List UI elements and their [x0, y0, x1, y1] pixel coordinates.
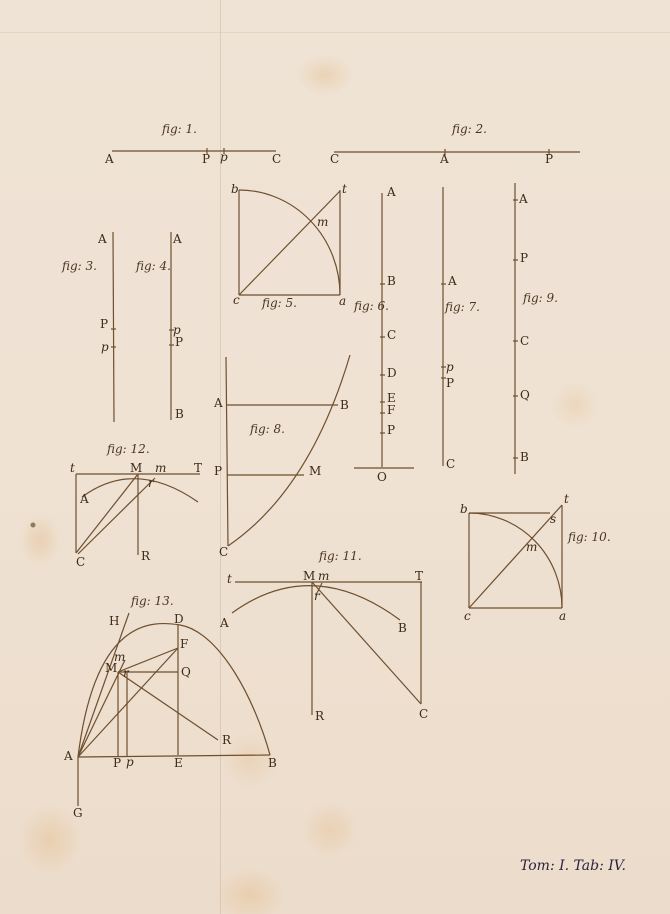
fig10-label-a: a [559, 609, 566, 623]
fig3-caption: fig: 3. [61, 259, 97, 273]
fig11-label-t: t [227, 572, 232, 586]
fig6-label-C: C [387, 328, 396, 342]
fig5-label-c: c [233, 293, 240, 307]
fig4-label-P: P [175, 335, 183, 349]
fig11-label-R: R [315, 709, 325, 723]
fig8-caption: fig: 8. [249, 422, 285, 436]
figure-4: A fig: 4. p P B [135, 232, 184, 421]
fig5-label-a: a [339, 294, 346, 308]
fig13-label-F: F [180, 637, 188, 651]
fig5-label-m: m [317, 215, 328, 229]
fig7-label-C: C [446, 457, 455, 471]
fig11-label-M: M [303, 569, 315, 583]
fig8-label-M: M [309, 464, 321, 478]
fig13-caption: fig: 13. [130, 594, 174, 608]
fig12-label-t: t [70, 461, 75, 475]
fig1-label-P: P [202, 152, 210, 166]
fig3-label-p: p [101, 340, 109, 354]
fig12-label-A: A [79, 492, 89, 506]
fig7-label-A: A [447, 274, 457, 288]
fig13-label-A: A [63, 749, 73, 763]
fig8-label-C: C [219, 545, 228, 559]
fig5-caption: fig: 5. [261, 296, 297, 310]
fig2-caption: fig: 2. [451, 122, 487, 136]
fig5-label-t: t [342, 182, 347, 196]
fig11-label-m: m [318, 569, 329, 583]
fig9-label-P: P [520, 251, 528, 265]
figure-12: fig: 12. t M m T r A C R [70, 442, 202, 569]
fig9-label-A: A [518, 192, 528, 206]
figure-1: fig: 1. A P p C [104, 122, 281, 166]
fig8-label-P: P [214, 464, 222, 478]
fig4-caption: fig: 4. [135, 259, 171, 273]
fig10-label-s: s [550, 512, 556, 526]
fig9-caption: fig: 9. [522, 291, 558, 305]
fig7-caption: fig: 7. [444, 300, 480, 314]
figure-5: b t m c a fig: 5. [231, 182, 347, 310]
fig10-label-m: m [526, 540, 537, 554]
plate-drawings: fig: 1. A P p C fig: 2. C A P A fig: 3. [0, 0, 670, 914]
fig9-label-Q: Q [520, 388, 530, 402]
ink-stain [31, 523, 36, 528]
fig1-caption: fig: 1. [161, 122, 197, 136]
fig6-label-B: B [387, 274, 396, 288]
fig10-label-t: t [564, 492, 569, 506]
fig13-label-D: D [174, 612, 184, 626]
fig11-caption: fig: 11. [318, 549, 362, 563]
fig5-label-b: b [231, 182, 239, 196]
fig13-label-G: G [73, 806, 83, 820]
plate-identifier: Tom: I. Tab: IV. [520, 858, 626, 874]
figure-2: fig: 2. C A P [330, 122, 580, 166]
fig13-label-Q: Q [181, 665, 191, 679]
fig13-label-M: M [105, 661, 117, 675]
fig6-label-P: P [387, 423, 395, 437]
engraved-plate: fig: 1. A P p C fig: 2. C A P A fig: 3. [0, 0, 670, 914]
fig10-caption: fig: 10. [567, 530, 611, 544]
fig11-label-B: B [398, 621, 407, 635]
figure-9: A P fig: 9. C Q B [513, 183, 558, 474]
fig6-label-O: O [377, 470, 387, 484]
figure-10: b t s m fig: 10. c a [460, 492, 611, 623]
fig13-label-E: E [174, 756, 183, 770]
fig12-label-M: M [130, 461, 142, 475]
fig3-label-A: A [97, 232, 107, 246]
fig13-label-R: R [222, 733, 232, 747]
fig13-label-p: p [126, 755, 134, 769]
fig12-label-m: m [155, 461, 166, 475]
figure-11: fig: 11. t M m T r A B R C [219, 549, 428, 723]
fig11-label-C: C [419, 707, 428, 721]
figure-13: fig: 13. H D F m M r Q R A P p E B [63, 594, 277, 820]
figure-6: A B fig: 6. C D E F P O [353, 185, 414, 484]
fig4-label-A: A [172, 232, 182, 246]
fig7-label-p: p [446, 360, 454, 374]
fig6-label-D: D [387, 366, 397, 380]
figure-3: A fig: 3. P p [61, 232, 116, 422]
fig12-label-r: r [148, 476, 155, 490]
fig11-label-T: T [415, 569, 423, 583]
fig10-label-b: b [460, 502, 468, 516]
fig1-label-A: A [104, 152, 114, 166]
fig2-label-A: A [439, 152, 449, 166]
fig13-label-P: P [113, 756, 121, 770]
figure-7: A fig: 7. p P C [441, 187, 480, 471]
fig6-label-F: F [387, 403, 395, 417]
fig9-label-C: C [520, 334, 529, 348]
fig12-label-T: T [194, 461, 202, 475]
fig8-label-A: A [213, 396, 223, 410]
fig13-label-B: B [268, 756, 277, 770]
fig6-caption: fig: 6. [353, 299, 389, 313]
fig8-label-B: B [340, 398, 349, 412]
fig6-label-A: A [386, 185, 396, 199]
fig1-label-C: C [272, 152, 281, 166]
fig13-label-H: H [109, 614, 119, 628]
fig12-caption: fig: 12. [106, 442, 150, 456]
fig9-label-B: B [520, 450, 529, 464]
fig7-label-P: P [446, 376, 454, 390]
fig4-label-B: B [175, 407, 184, 421]
fig10-label-c: c [464, 609, 471, 623]
fig3-label-P: P [100, 317, 108, 331]
fig2-label-C: C [330, 152, 339, 166]
figure-8: A B fig: 8. P M C [213, 355, 350, 559]
fig12-label-C: C [76, 555, 85, 569]
fig11-label-A: A [219, 616, 229, 630]
fig12-label-R: R [141, 549, 151, 563]
fig1-label-p: p [220, 150, 228, 164]
fig2-label-P: P [545, 152, 553, 166]
